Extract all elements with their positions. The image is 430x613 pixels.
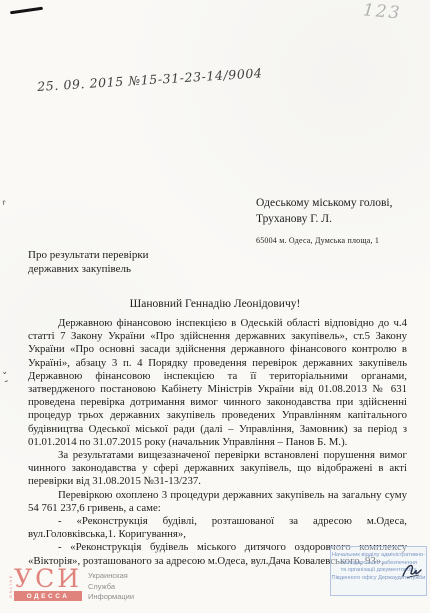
- logo-desc-line-2: Служба: [88, 582, 134, 593]
- scan-artifact-mark: ˍ̌: [2, 372, 9, 384]
- handwritten-registration-note: 25. 09. 2015 №15-31-23-14/9004: [37, 65, 267, 94]
- paragraph-violations: За результатами вищезазначеної перевірки…: [28, 449, 407, 489]
- logo-online-label: ONLINE: [8, 567, 13, 605]
- procurement-item-1: - «Реконструкція будівлі, розташованої з…: [28, 515, 407, 541]
- logo-acronym: УСИ: [14, 567, 82, 590]
- recipient-address: 65004 м. Одеса, Думська площа, 1: [256, 236, 379, 245]
- signature-scribble-icon: [399, 560, 423, 582]
- subject-line-2: державних закупівель: [28, 262, 149, 276]
- paragraph-scope: Перевіркою охоплено 3 процедури державни…: [28, 489, 407, 515]
- recipient-title: Одеському міському голові,: [256, 195, 392, 211]
- usi-press-logo: ONLINE УСИ ОДЕССА Украинская Служба Инфо…: [8, 567, 134, 605]
- scan-artifact-dash: [10, 7, 43, 15]
- recipient-block: Одеському міському голові, Труханову Г. …: [256, 195, 392, 227]
- scan-artifact-mark: ˁ: [0, 200, 6, 212]
- logo-main: УСИ ОДЕССА: [14, 567, 82, 601]
- paragraph-legal-basis: Державною фінансовою інспекцією в Одеськ…: [28, 317, 407, 449]
- handwritten-signature: [399, 560, 423, 587]
- scanned-letter-page: 123 25. 09. 2015 №15-31-23-14/9004 ˁ ˍ̌ …: [0, 0, 430, 613]
- subject-block: Про результати перевірки державних закуп…: [28, 248, 149, 276]
- logo-description: Украинская Служба Информации: [88, 567, 134, 603]
- recipient-name: Труханову Г. Л.: [256, 211, 392, 227]
- salutation: Шановний Геннадію Леонідовичу!: [0, 298, 430, 310]
- logo-desc-line-1: Украинская: [88, 571, 134, 582]
- stamp-line-1: Начальник відділу адміністративно-: [331, 552, 426, 560]
- subject-line-1: Про результати перевірки: [28, 248, 149, 262]
- handwritten-page-number: 123: [362, 0, 402, 23]
- letter-body: Державною фінансовою інспекцією в Одеськ…: [28, 317, 407, 568]
- logo-desc-line-3: Информации: [88, 592, 134, 603]
